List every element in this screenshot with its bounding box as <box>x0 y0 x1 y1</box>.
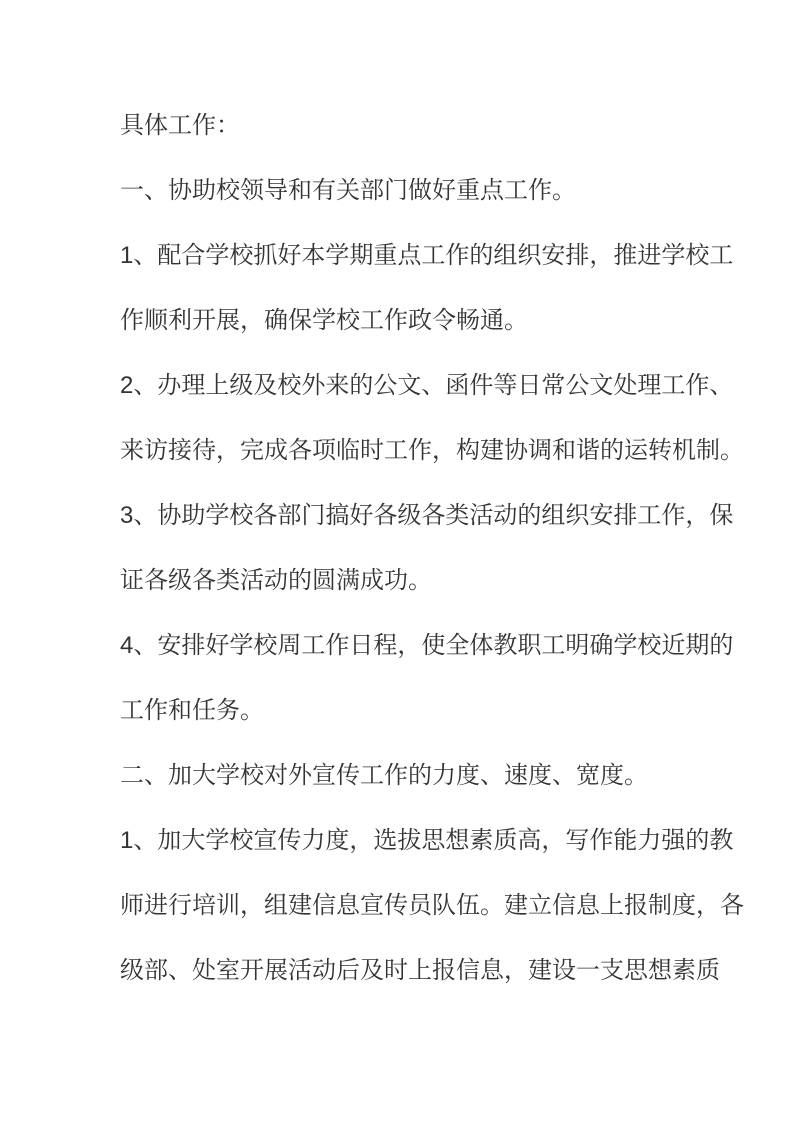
document-line: 作顺利开展，确保学校工作政令畅通。 <box>120 288 760 353</box>
document-line: 证各级各类活动的圆满成功。 <box>120 548 760 613</box>
document-line: 一、协助校领导和有关部门做好重点工作。 <box>120 158 760 223</box>
document-line: 1、配合学校抓好本学期重点工作的组织安排，推进学校工 <box>120 223 760 288</box>
document-line: 师进行培训，组建信息宣传员队伍。建立信息上报制度，各 <box>120 873 760 938</box>
document-line: 工作和任务。 <box>120 678 760 743</box>
document-line: 4、安排好学校周工作日程，使全体教职工明确学校近期的 <box>120 613 760 678</box>
document-body: 具体工作： 一、协助校领导和有关部门做好重点工作。 1、配合学校抓好本学期重点工… <box>120 93 760 1003</box>
document-line: 级部、处室开展活动后及时上报信息，建设一支思想素质 <box>120 938 760 1003</box>
document-line: 二、加大学校对外宣传工作的力度、速度、宽度。 <box>120 743 760 808</box>
document-line: 1、加大学校宣传力度，选拔思想素质高，写作能力强的教 <box>120 808 760 873</box>
document-page: 具体工作： 一、协助校领导和有关部门做好重点工作。 1、配合学校抓好本学期重点工… <box>0 0 793 1122</box>
document-line: 2、办理上级及校外来的公文、函件等日常公文处理工作、 <box>120 353 760 418</box>
document-line: 来访接待，完成各项临时工作，构建协调和谐的运转机制。 <box>120 418 760 483</box>
document-heading-line: 具体工作： <box>120 93 760 158</box>
document-line: 3、协助学校各部门搞好各级各类活动的组织安排工作，保 <box>120 483 760 548</box>
